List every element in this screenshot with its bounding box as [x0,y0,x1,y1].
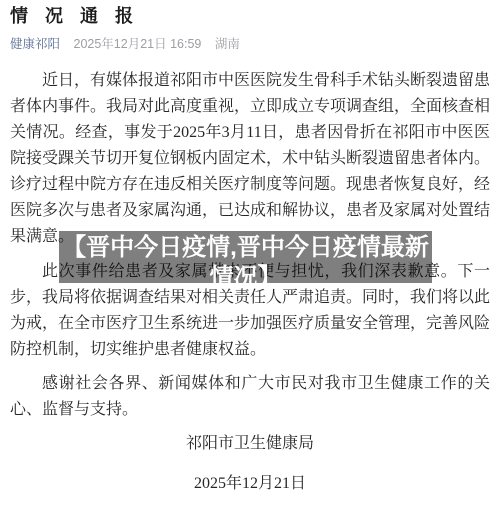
page-title: 情 况 通 报 [10,5,490,27]
notice-paragraph-1: 近日，有媒体报道祁阳市中医医院发生骨科手术钻头断裂遗留患者体内事件。我局对此高度… [10,68,490,250]
watermark-overlay: 【晋中今日疫情,晋中今日疫情最新情况】 [59,231,432,283]
watermark-text: 【晋中今日疫情,晋中今日疫情最新情况】 [59,231,432,293]
issue-date: 2025年12月21日 [10,471,490,497]
publish-location: 湖南 [215,37,240,51]
notice-paragraph-3: 感谢社会各界、新闻媒体和广大市民对我市卫生健康工作的关心、监督与支持。 [10,371,490,423]
publish-datetime: 2025年12月21日 16:59 [74,37,202,51]
account-link[interactable]: 健康祁阳 [10,37,60,51]
issuer-signature: 祁阳市卫生健康局 [10,431,490,457]
article-page: 情 况 通 报 健康祁阳 2025年12月21日 16:59 湖南 近日，有媒体… [0,5,500,505]
article-meta: 健康祁阳 2025年12月21日 16:59 湖南 [10,37,490,52]
